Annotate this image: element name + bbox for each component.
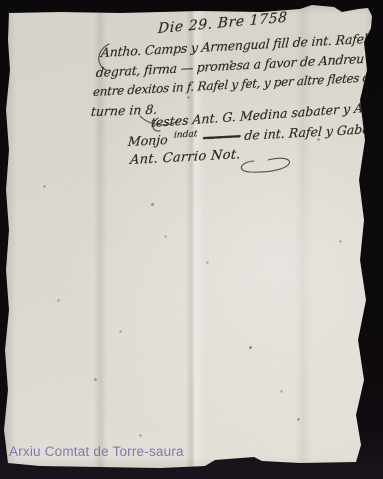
- photo-backdrop: Die 29. Bre 1758 Antho. Camps y Armengua…: [0, 0, 383, 479]
- manuscript-date-line: Die 29. Bre 1758: [158, 10, 288, 37]
- line-text-before: Monjo: [127, 132, 168, 149]
- notary-signature-line: Ant. Carrio Not.: [129, 147, 241, 168]
- line-text-after: de int. Rafel y Gabera: [244, 121, 383, 143]
- struck-out-word: ———: [203, 128, 242, 145]
- notary-rubric-flourish: [241, 158, 289, 172]
- manuscript-line: turne in 8.: [90, 102, 158, 119]
- paper-speckles: [0, 0, 1, 1]
- interlinear-insertion: indat: [174, 129, 198, 140]
- archive-watermark-label: Arxiu Comtat de Torre-saura: [9, 444, 184, 459]
- manuscript-paper: Die 29. Bre 1758 Antho. Camps y Armengua…: [0, 0, 383, 479]
